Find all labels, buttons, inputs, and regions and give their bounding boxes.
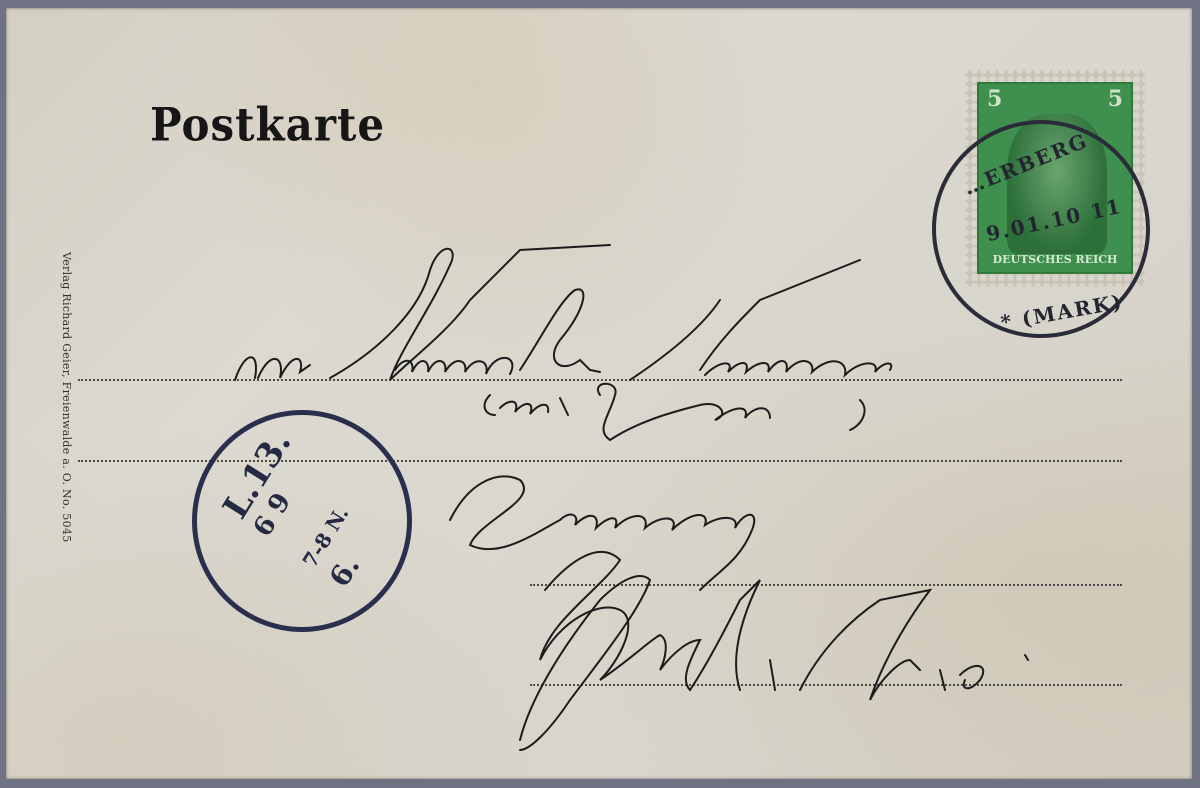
handwriting-strokes	[0, 0, 1200, 788]
